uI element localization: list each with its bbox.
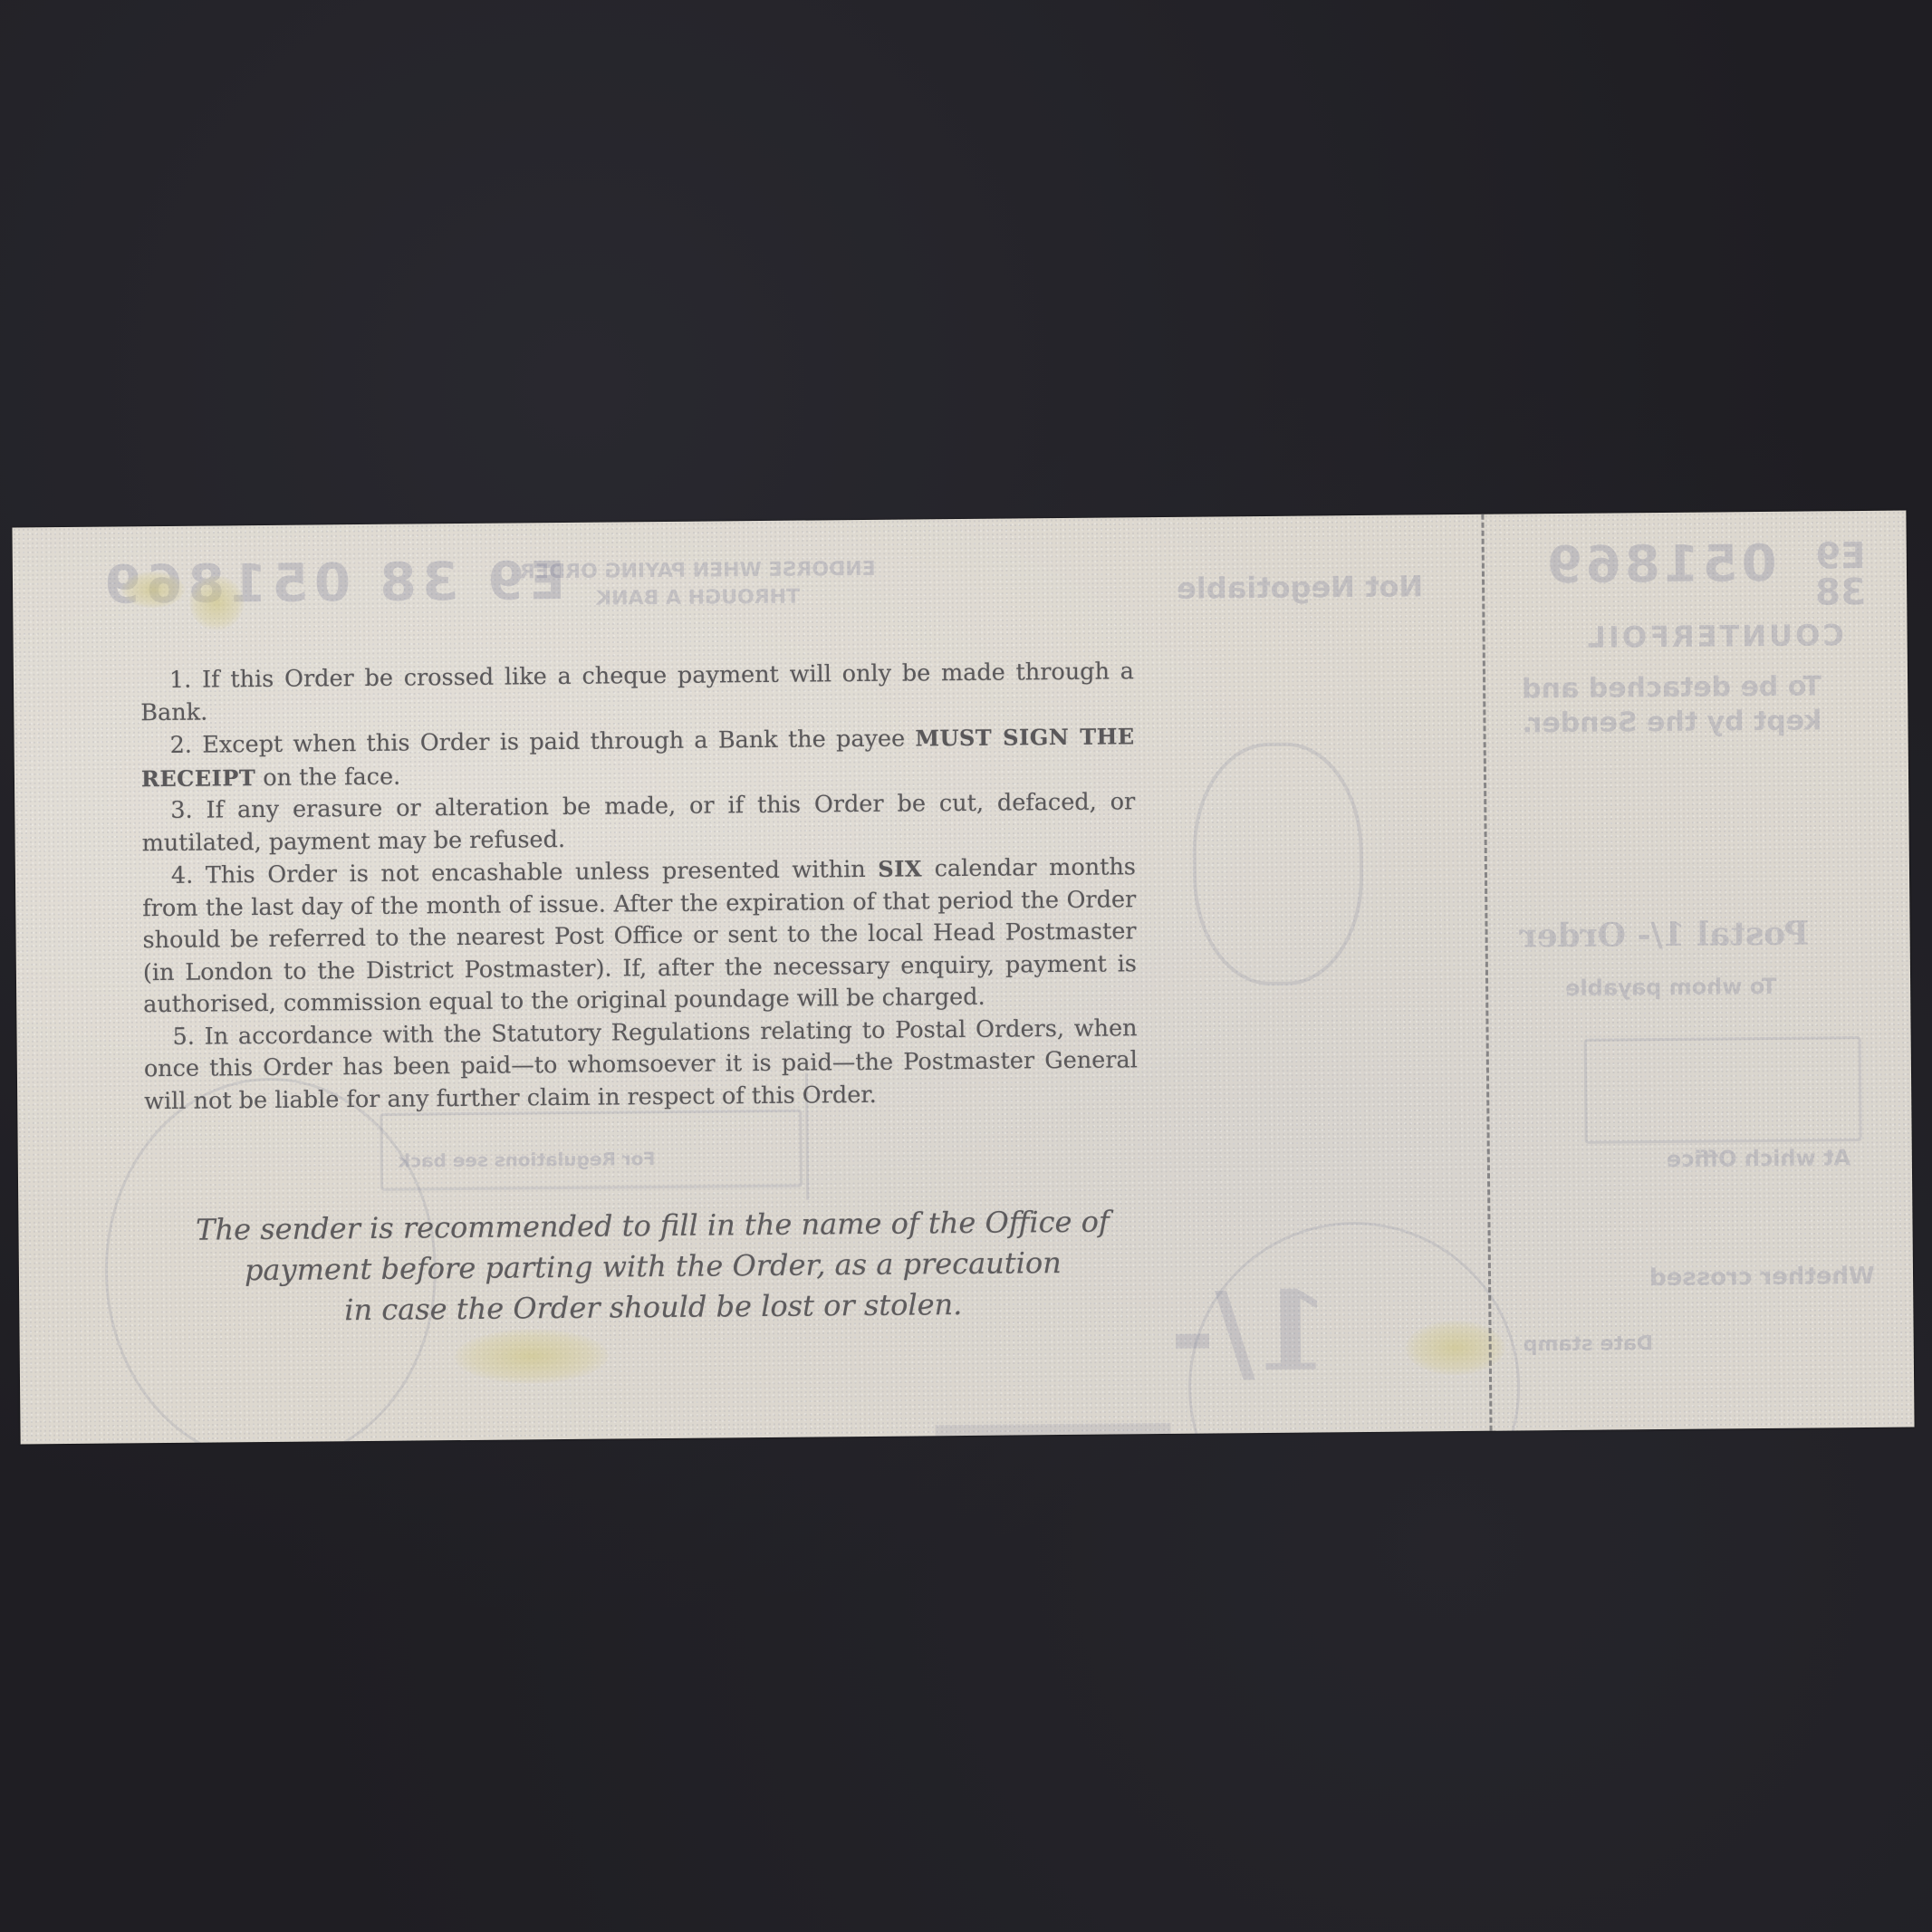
perforation-line [1481,514,1492,1431]
condition-emphasis: SIX [878,855,922,881]
ghost-band [935,1423,1170,1445]
show-through-serial: E9 38 051869 [99,550,566,616]
condition-text: In accordance with the Statutory Regulat… [144,1014,1138,1115]
stain [121,572,185,609]
condition-number: 5. [172,1023,195,1050]
show-through-detach-note: To be detached and kept by the Sender. [1522,669,1821,741]
show-through-counterfoil: COUNTERFOIL [1584,618,1843,655]
condition-1: 1. If this Order be crossed like a chequ… [140,656,1135,729]
condition-2: 2. Except when this Order is paid throug… [140,720,1135,795]
condition-number: 2. [170,732,193,759]
stain [455,1329,610,1385]
ghost-oval-right [1187,1220,1521,1444]
show-through-header: ENDORSE WHEN PAYING ORDER THROUGH A BANK [520,556,876,614]
show-through-stub-serial: 051869 [1543,534,1777,595]
condition-number: 3. [170,797,193,824]
show-through-stamp: Date stamp [1523,1332,1654,1356]
show-through-big-amount: 1/- [1169,1267,1331,1397]
stain [189,575,245,630]
condition-3: 3. If any erasure or alteration be made,… [141,786,1136,860]
condition-4: 4. This Order is not encashable unless p… [142,851,1138,1021]
postal-order-reverse: E9 38 051869 ENDORSE WHEN PAYING ORDER T… [12,511,1914,1445]
show-through-stub-series: E9 38 [1815,538,1866,611]
condition-number: 4. [171,862,194,889]
condition-number: 1. [169,667,192,694]
show-through-regs: For Regulations see back [399,1147,656,1173]
ghost-box [380,1110,803,1191]
condition-text: This Order is not encashable unless pres… [206,856,866,889]
show-through-stub-amount: Postal 1/- Order [1519,915,1809,956]
condition-text: Except when this Order is paid through a… [202,726,905,759]
condition-5: 5. In accordance with the Statutory Regu… [143,1013,1138,1118]
conditions-list: 1. If this Order be crossed like a chequ… [140,656,1138,1118]
ghost-portrait-frame [1192,742,1364,986]
condition-text: on the face. [263,763,400,791]
sender-recommendation: The sender is recommended to fill in the… [127,1201,1178,1333]
show-through-not-negotiable: Not Negotiable [1177,569,1423,605]
condition-text: If this Order be crossed like a cheque p… [140,658,1134,726]
show-through-crossed: Whether crossed [1649,1263,1875,1292]
show-through-payable: To whom payable [1565,974,1777,1001]
ghost-stub-box [1584,1036,1862,1144]
condition-text: If any erasure or alteration be made, or… [141,788,1135,856]
show-through-office: At which Office [1667,1145,1850,1172]
